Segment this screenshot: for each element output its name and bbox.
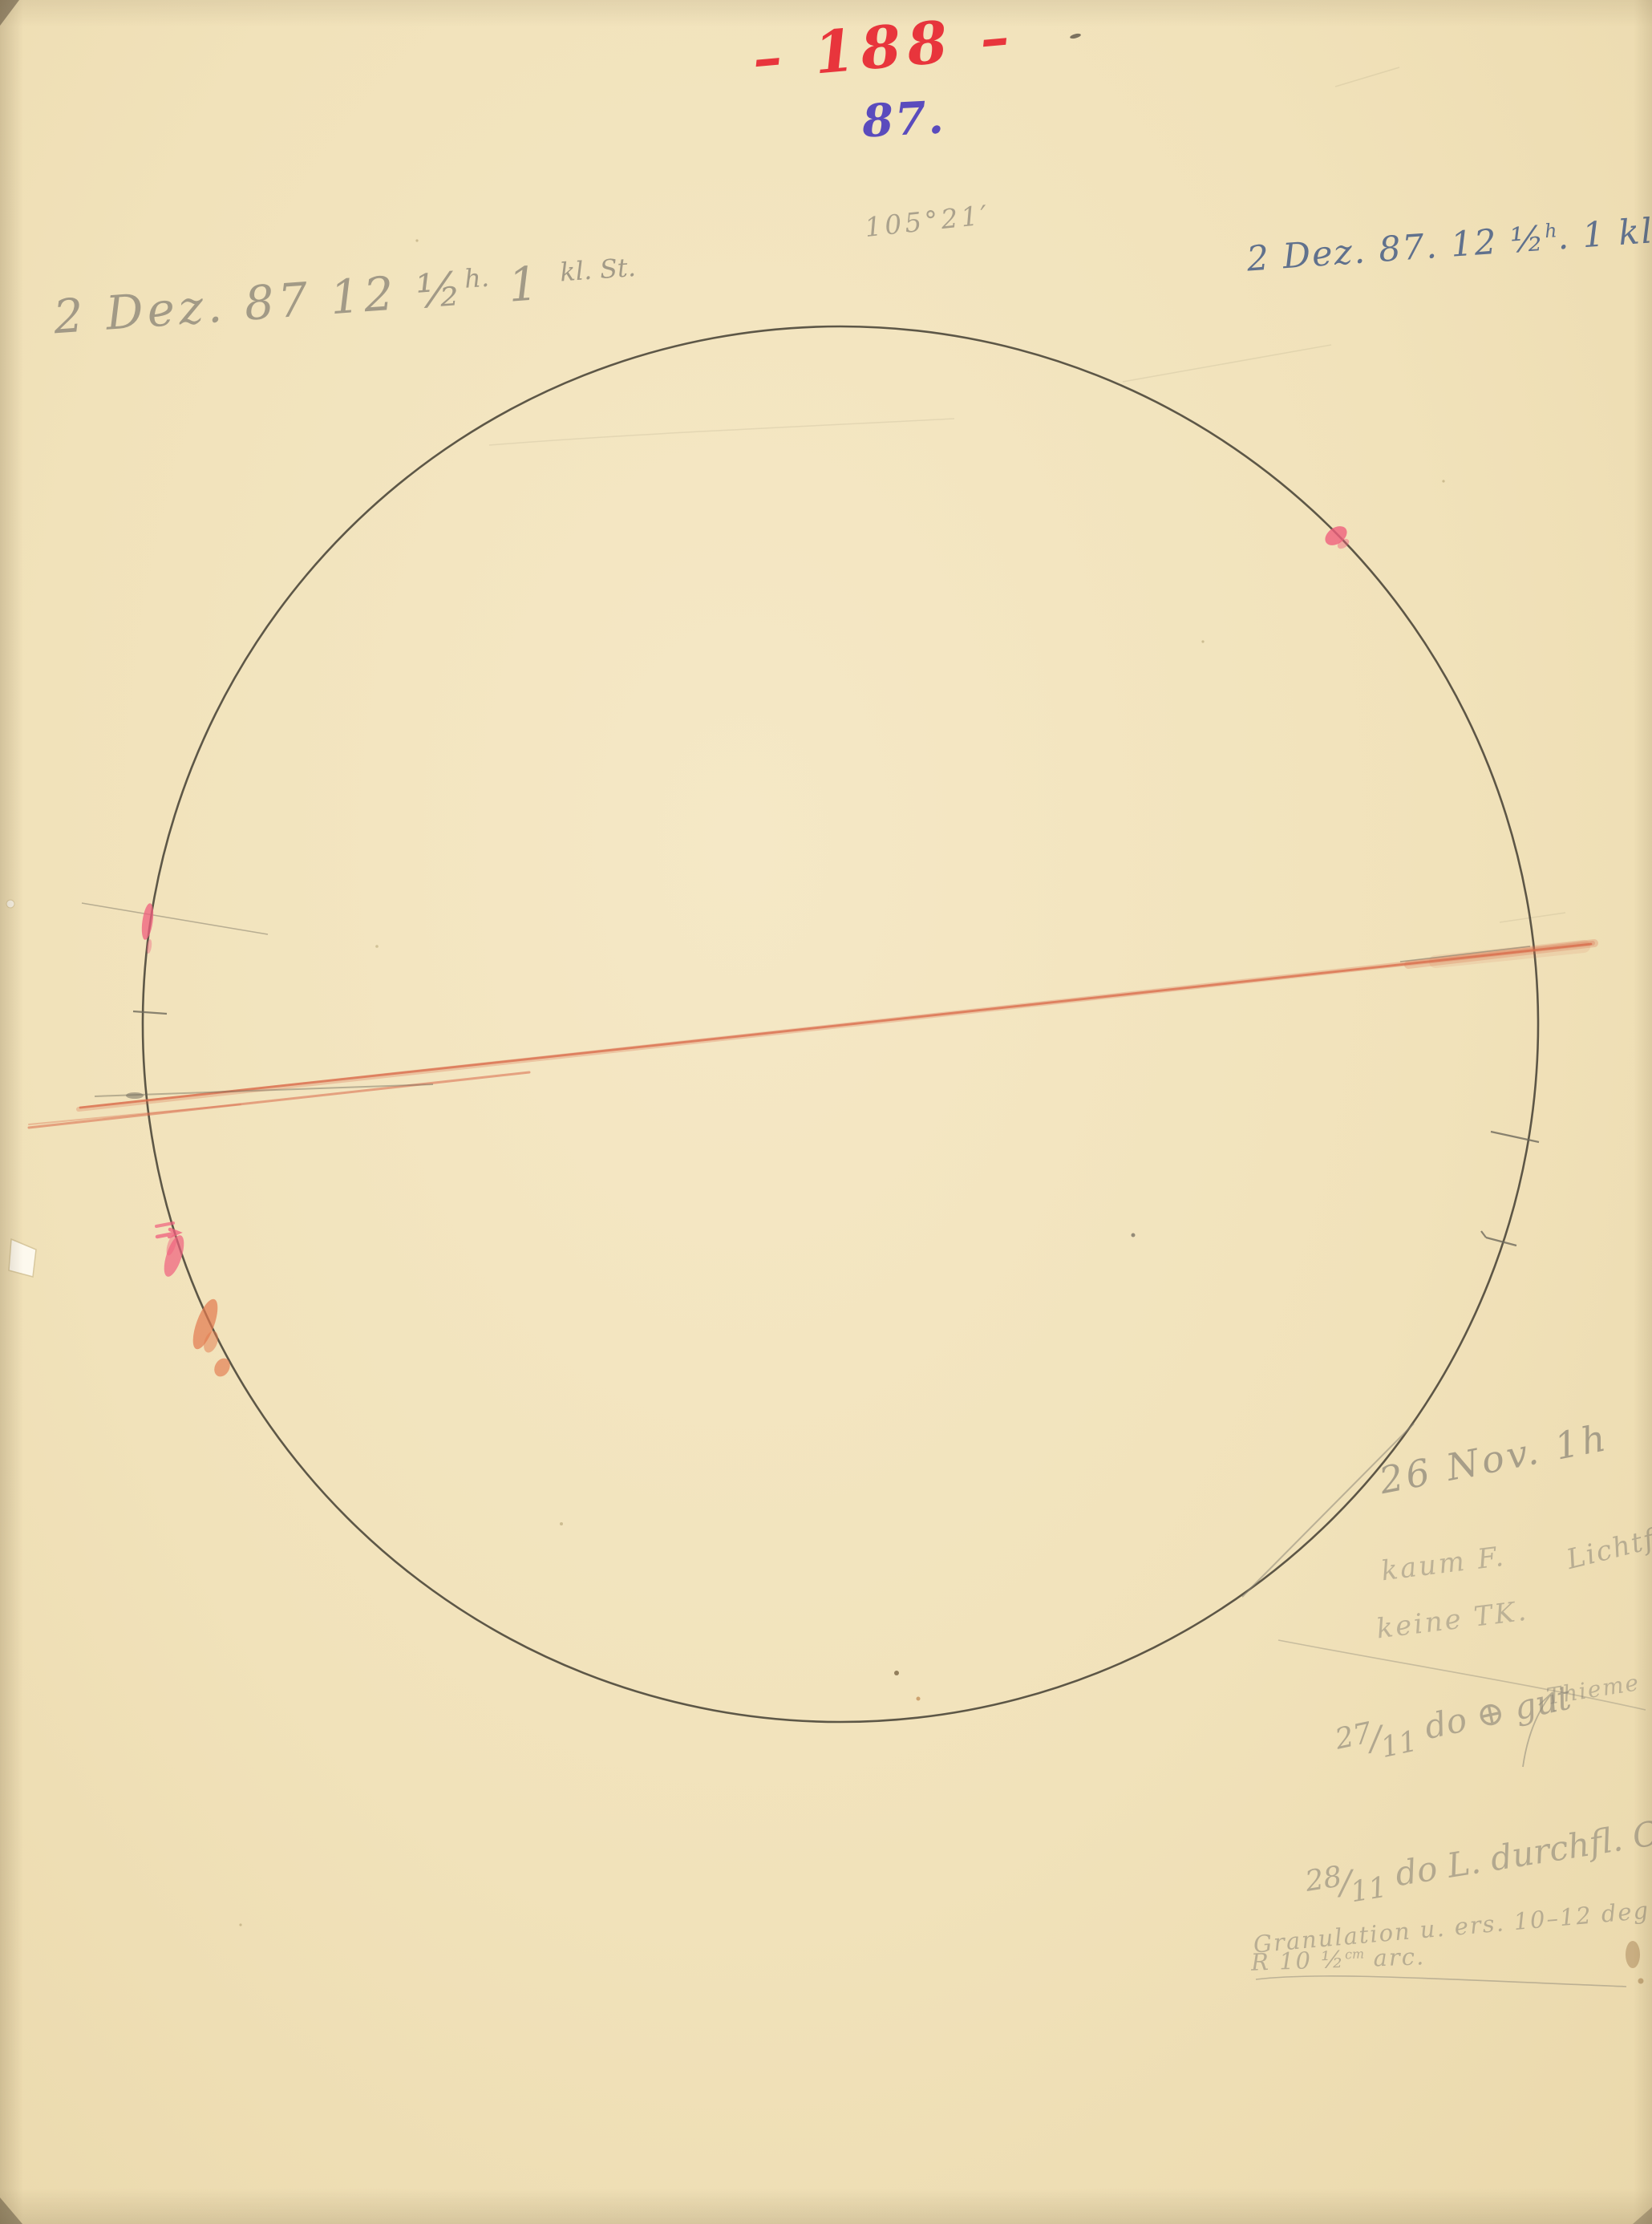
limb-marks-pink — [140, 522, 1350, 1278]
paper-chip-left — [9, 1239, 36, 1277]
paper-creases — [489, 67, 1565, 922]
date-fraction-28-11: 28/11 — [1303, 1857, 1387, 1908]
corner-shadow-top-left — [0, 0, 19, 26]
scale-note-tail: arc. — [1364, 1942, 1426, 1972]
corner-shadow-bottom-right — [1633, 2207, 1652, 2224]
pencil-diagonal-upper-left — [82, 903, 268, 934]
scale-note-main: R 10 ½ — [1250, 1946, 1345, 1976]
corner-shadow-bottom-left — [0, 2198, 22, 2224]
limb-tick-right-upper — [1491, 1132, 1539, 1142]
date-pencil-kl-sup: kl. St. — [559, 252, 637, 288]
limb-ticks — [82, 903, 1539, 1246]
limb-dashes-pink — [156, 1223, 178, 1237]
equator-line-red-secondary — [29, 1072, 529, 1128]
scanned-page: – 188 – 87. 105°21′ 2 Dez. 87. 12 ½h. 1 … — [0, 0, 1652, 2224]
scale-note-cm-sup: cm — [1345, 1947, 1365, 1963]
sheet-number-blue: 87. — [860, 91, 946, 148]
limb-marks-orange — [188, 1296, 233, 1379]
date-pencil-hour-sup: h. — [464, 262, 490, 294]
paper-stain — [1626, 1941, 1640, 1968]
limb-mark-orange-2 — [211, 1355, 233, 1379]
limb-tick-right-lower — [1481, 1231, 1516, 1246]
limb-tick-left — [133, 1011, 167, 1014]
paper-specks — [239, 33, 1643, 1984]
notes-underline — [1256, 1976, 1626, 1987]
date-pencil-mid: 1 — [488, 254, 562, 314]
equator-line-red — [29, 943, 1594, 1128]
pencil-guide-lines — [95, 946, 1530, 1099]
